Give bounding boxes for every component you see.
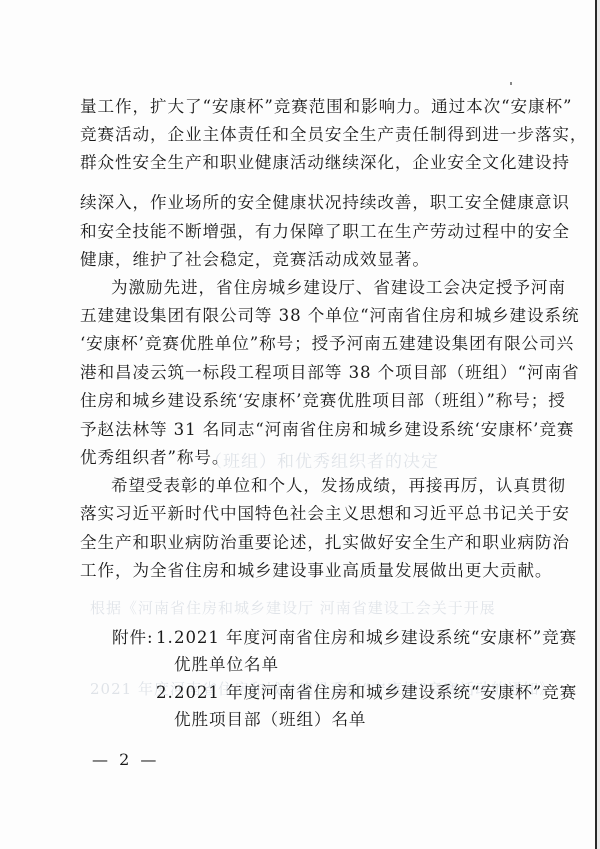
text-line: 落实习近平新时代中国特色社会主义思想和习近平总书记关于安 [80,504,520,524]
attachment-2-number: 2. [156,683,174,703]
text-line: 竞赛活动，企业主体责任和全员安全生产责任制得到进一步落实， [80,125,520,145]
bleed-through-text: 根据《河南省住房和城乡建设厅 河南省建设工会关于开展 [90,597,496,618]
text-line: 群众性安全生产和职业健康活动继续深化，企业安全文化建设持 [80,153,520,173]
page-number: — 2 — [92,750,159,769]
text-line: 优秀组织者”称号。 [80,448,520,468]
document-page: （班组）和优秀组织者的决定 根据《河南省住房和城乡建设厅 河南省建设工会关于开展… [0,0,600,849]
attachment-1-title: 2021 年度河南省住房和城乡建设系统“安康杯”竞赛 [174,628,577,648]
text-line: 全生产和职业病防治重要论述，扎实做好安全生产和职业病防治 [80,533,520,553]
text-line: 住房和城乡建设系统‘安康杯’竞赛优胜项目部（班组）”称号；授 [80,391,520,411]
text-line: 健康，维护了社会稳定，竞赛活动成效显著。 [80,250,520,270]
text-line: 希望受表彰的单位和个人，发扬成绩，再接再厉，认真贯彻 [111,476,520,496]
attachment-2-title: 2021 年度河南省住房和城乡建设系统“安康杯”竞赛 [174,683,577,703]
attachment-2-title-cont: 优胜项目部（班组）名单 [174,710,366,730]
text-line: 续深入，作业场所的安全健康状况持续改善，职工安全健康意识 [80,193,520,213]
attachment-1-title-cont: 优胜单位名单 [174,655,279,675]
attachments-label: 附件: [112,628,153,648]
text-line: 予赵法林等 31 名同志“河南省住房和城乡建设系统‘安康杯’竞赛 [80,420,520,440]
text-line: 港和昌凌云筑一标段工程项目部等 38 个项目部（班组）“河南省 [80,363,520,383]
text-line: 和安全技能不断增强，有力保障了职工在生产劳动过程中的安全 [80,222,520,242]
text-line: 五建建设集团有限公司等 38 个单位“河南省住房和城乡建设系统 [80,306,520,326]
scan-speck [510,82,512,85]
text-line: 工作，为全省住房和城乡建设事业高质量发展做出更大贡献。 [80,561,520,581]
attachment-1-number: 1. [156,628,174,648]
text-line: 为激励先进，省住房城乡建设厅、省建设工会决定授予河南 [111,278,520,298]
text-line: 量工作，扩大了“安康杯”竞赛范围和影响力。通过本次“安康杯” [80,97,520,117]
text-line: ‘安康杯’竞赛优胜单位”称号；授予河南五建建设集团有限公司兴 [80,334,520,354]
